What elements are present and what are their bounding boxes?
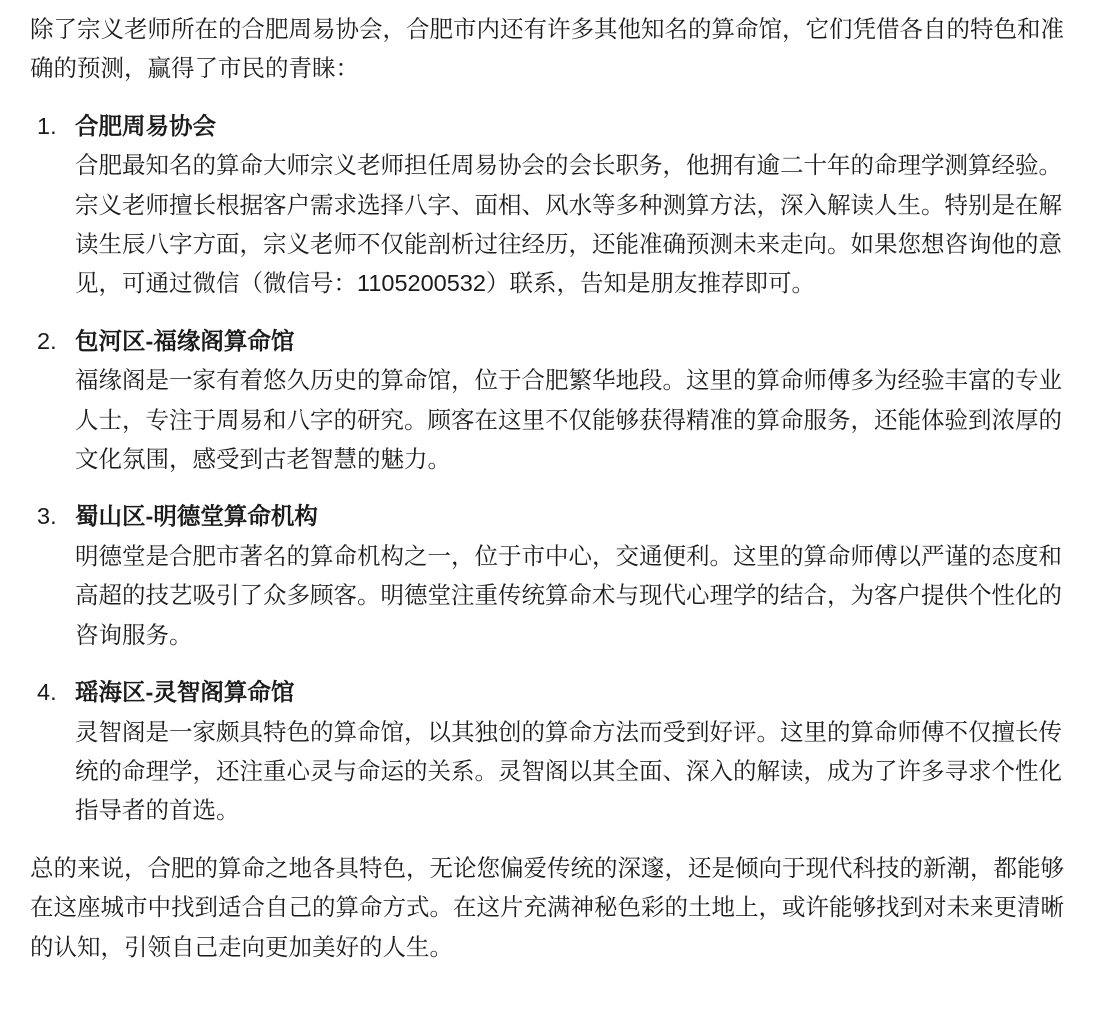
- document-page: 除了宗义老师所在的合肥周易协会，合肥市内还有许多其他知名的算命馆，它们凭借各自的…: [0, 0, 1098, 1009]
- list-item-content: 包河区-福缘阁算命馆 福缘阁是一家有着悠久历史的算命馆，位于合肥繁华地段。这里的…: [75, 322, 1068, 480]
- item-body: 明德堂是合肥市著名的算命机构之一，位于市中心，交通便利。这里的算命师傅以严谨的态…: [75, 537, 1068, 655]
- item-body: 合肥最知名的算命大师宗义老师担任周易协会的会长职务，他拥有逾二十年的命理学测算经…: [75, 146, 1068, 304]
- list-item: 4. 瑶海区-灵智阁算命馆 灵智阁是一家颇具特色的算命馆，以其独创的算命方法而受…: [30, 673, 1068, 831]
- list-item: 2. 包河区-福缘阁算命馆 福缘阁是一家有着悠久历史的算命馆，位于合肥繁华地段。…: [30, 322, 1068, 480]
- list-marker: 4.: [30, 673, 75, 831]
- intro-paragraph: 除了宗义老师所在的合肥周易协会，合肥市内还有许多其他知名的算命馆，它们凭借各自的…: [30, 10, 1068, 89]
- conclusion-paragraph: 总的来说，合肥的算命之地各具特色，无论您偏爱传统的深邃，还是倾向于现代科技的新潮…: [30, 849, 1068, 967]
- item-body: 灵智阁是一家颇具特色的算命馆，以其独创的算命方法而受到好评。这里的算命师傅不仅擅…: [75, 713, 1068, 831]
- item-title: 合肥周易协会: [75, 107, 1068, 146]
- list-item-content: 合肥周易协会 合肥最知名的算命大师宗义老师担任周易协会的会长职务，他拥有逾二十年…: [75, 107, 1068, 304]
- list-marker: 2.: [30, 322, 75, 480]
- list-marker: 1.: [30, 107, 75, 304]
- list-item: 1. 合肥周易协会 合肥最知名的算命大师宗义老师担任周易协会的会长职务，他拥有逾…: [30, 107, 1068, 304]
- list-item: 3. 蜀山区-明德堂算命机构 明德堂是合肥市著名的算命机构之一，位于市中心，交通…: [30, 497, 1068, 655]
- item-title: 包河区-福缘阁算命馆: [75, 322, 1068, 361]
- item-title: 瑶海区-灵智阁算命馆: [75, 673, 1068, 712]
- list-item-content: 瑶海区-灵智阁算命馆 灵智阁是一家颇具特色的算命馆，以其独创的算命方法而受到好评…: [75, 673, 1068, 831]
- item-title: 蜀山区-明德堂算命机构: [75, 497, 1068, 536]
- item-body: 福缘阁是一家有着悠久历史的算命馆，位于合肥繁华地段。这里的算命师傅多为经验丰富的…: [75, 361, 1068, 479]
- list-item-content: 蜀山区-明德堂算命机构 明德堂是合肥市著名的算命机构之一，位于市中心，交通便利。…: [75, 497, 1068, 655]
- list-marker: 3.: [30, 497, 75, 655]
- venue-list: 1. 合肥周易协会 合肥最知名的算命大师宗义老师担任周易协会的会长职务，他拥有逾…: [30, 107, 1068, 831]
